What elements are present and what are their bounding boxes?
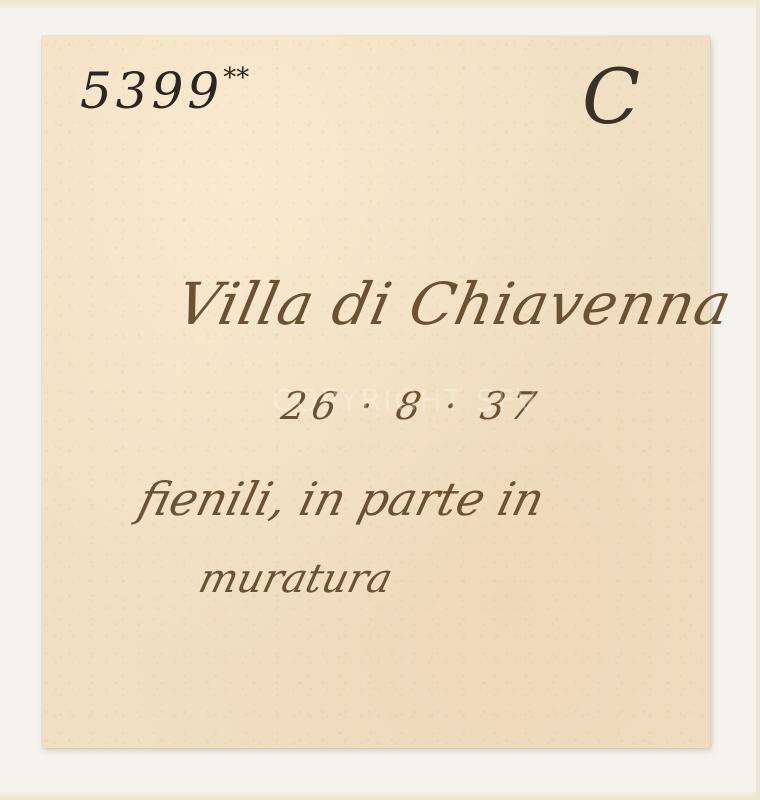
mat-top-edge xyxy=(0,0,760,8)
mat-right-edge xyxy=(756,0,760,800)
place-name: Villa di Chiavenna xyxy=(171,270,738,338)
catalog-marks: ** xyxy=(223,63,249,93)
date: 26 · 8 · 37 xyxy=(278,384,545,428)
catalog-number-value: 5399 xyxy=(80,62,223,120)
catalog-number: 5399** xyxy=(80,62,249,120)
description-line-1: fienili, in parte in xyxy=(133,472,550,526)
mat-bottom-edge xyxy=(0,792,760,800)
class-letter: C xyxy=(582,52,640,141)
description-line-2: muratura xyxy=(194,556,397,602)
